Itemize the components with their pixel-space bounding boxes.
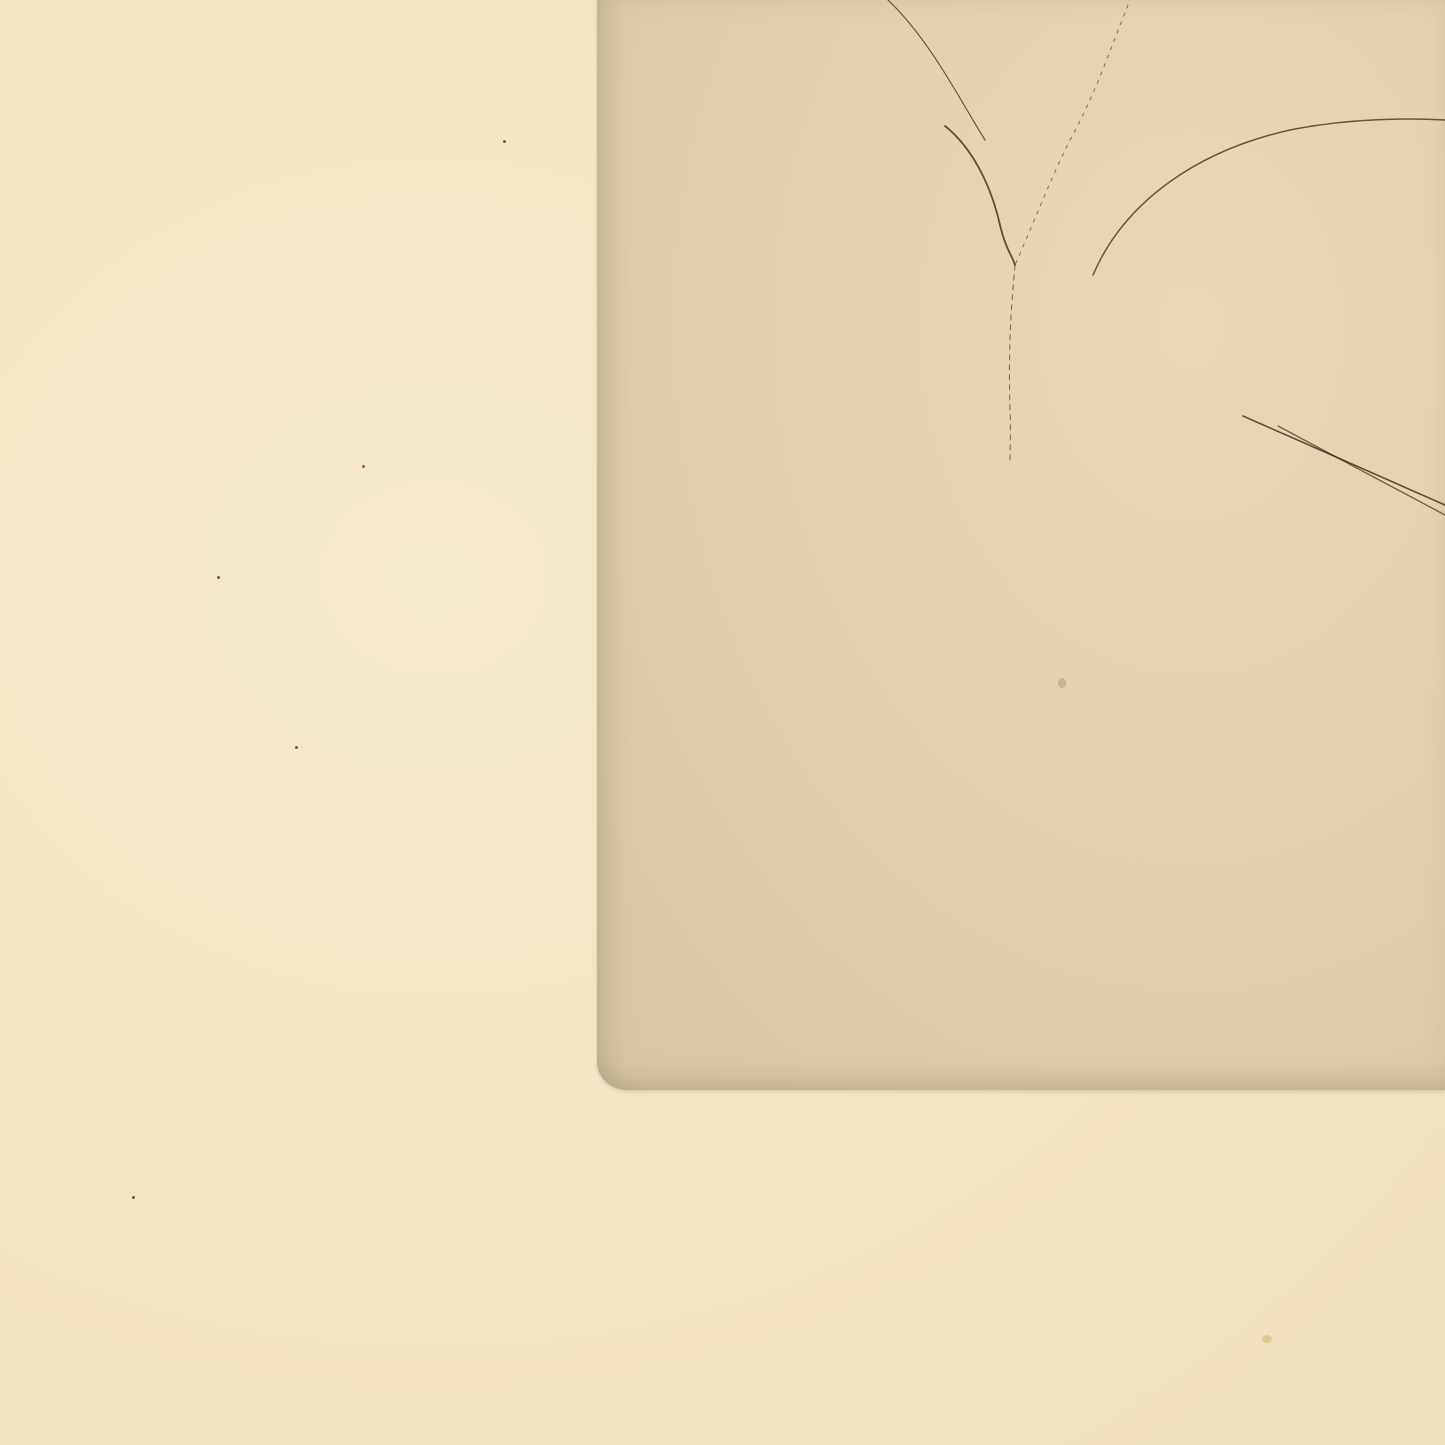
stem-line-curve bbox=[945, 126, 1015, 265]
ink-speck bbox=[1058, 678, 1066, 688]
ink-speck bbox=[503, 140, 506, 143]
diagonal-line-2 bbox=[1278, 426, 1445, 515]
ink-speck bbox=[362, 465, 365, 468]
ink-speck bbox=[132, 1196, 135, 1199]
arc-line bbox=[1093, 119, 1445, 275]
stem-line-vertical bbox=[1009, 265, 1015, 460]
drypoint-lines bbox=[0, 0, 1445, 1445]
ink-speck bbox=[295, 746, 298, 749]
ink-speck bbox=[217, 576, 220, 579]
stem-line-left bbox=[888, 0, 985, 140]
ink-speck bbox=[1262, 1335, 1272, 1343]
stem-line-dotted bbox=[1015, 5, 1128, 265]
